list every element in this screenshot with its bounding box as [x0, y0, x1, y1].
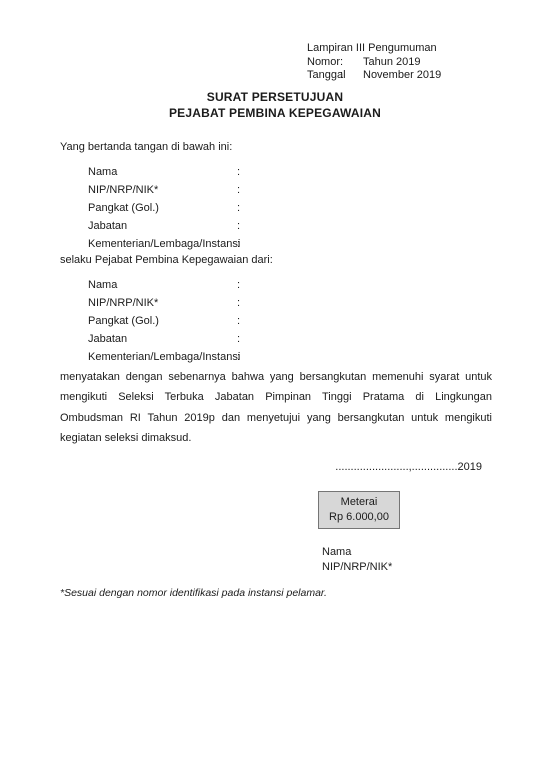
- form-field-colon: :: [237, 276, 240, 294]
- form-field-colon: :: [237, 348, 240, 366]
- document-title: SURAT PERSETUJUAN PEJABAT PEMBINA KEPEGA…: [0, 89, 550, 121]
- form-field-row: Jabatan :: [88, 217, 240, 235]
- date-line: ........................,...............…: [60, 461, 492, 473]
- tanggal-label: Tanggal: [307, 69, 340, 83]
- form-field-label: Kementerian/Lembaga/Instansi: [88, 348, 237, 366]
- form-field-row: Jabatan :: [88, 330, 240, 348]
- selaku-line: selaku Pejabat Pembina Kepegawaian dari:: [60, 254, 273, 266]
- form-field-colon: :: [237, 181, 240, 199]
- form-field-row: NIP/NRP/NIK* :: [88, 181, 240, 199]
- tanggal-value: November 2019: [363, 69, 441, 83]
- signature-nip-line: NIP/NRP/NIK*: [322, 560, 392, 575]
- identity-form-1: Nama : NIP/NRP/NIK* : Pangkat (Gol.) : J…: [88, 163, 240, 253]
- footnote: *Sesuai dengan nomor identifikasi pada i…: [60, 587, 327, 599]
- form-field-label: Jabatan: [88, 330, 237, 348]
- form-field-label: NIP/NRP/NIK*: [88, 294, 237, 312]
- title-line-2: PEJABAT PEMBINA KEPEGAWAIAN: [0, 105, 550, 121]
- form-field-row: Kementerian/Lembaga/Instansi :: [88, 235, 240, 253]
- lampiran-header-block: Lampiran III Pengumuman Nomor : Tahun 20…: [307, 42, 441, 83]
- form-field-label: Nama: [88, 163, 237, 181]
- form-field-colon: :: [237, 217, 240, 235]
- lampiran-line: Lampiran III Pengumuman: [307, 42, 441, 56]
- form-field-label: Kementerian/Lembaga/Instansi: [88, 235, 237, 253]
- form-field-row: NIP/NRP/NIK* :: [88, 294, 240, 312]
- form-field-colon: :: [237, 330, 240, 348]
- signature-block: Nama NIP/NRP/NIK*: [322, 545, 392, 575]
- form-field-label: NIP/NRP/NIK*: [88, 181, 237, 199]
- form-field-row: Kementerian/Lembaga/Instansi :: [88, 348, 240, 366]
- nomor-label: Nomor: [307, 56, 340, 70]
- form-field-label: Nama: [88, 276, 237, 294]
- form-field-label: Pangkat (Gol.): [88, 312, 237, 330]
- form-field-row: Pangkat (Gol.) :: [88, 199, 240, 217]
- form-field-colon: :: [237, 294, 240, 312]
- nomor-value: Tahun 2019: [363, 56, 421, 70]
- tanggal-row: Tanggal : November 2019: [307, 69, 441, 83]
- form-field-colon: :: [237, 199, 240, 217]
- meterai-amount: Rp 6.000,00: [319, 510, 399, 525]
- form-field-colon: :: [237, 312, 240, 330]
- intro-line: Yang bertanda tangan di bawah ini:: [60, 141, 232, 153]
- form-field-label: Jabatan: [88, 217, 237, 235]
- signature-name-line: Nama: [322, 545, 392, 560]
- form-field-row: Nama :: [88, 276, 240, 294]
- meterai-label: Meterai: [319, 495, 399, 510]
- statement-paragraph: menyatakan dengan sebenarnya bahwa yang …: [60, 367, 492, 448]
- form-field-row: Nama :: [88, 163, 240, 181]
- tanggal-colon: :: [340, 69, 363, 83]
- title-line-1: SURAT PERSETUJUAN: [0, 89, 550, 105]
- nomor-row: Nomor : Tahun 2019: [307, 56, 441, 70]
- form-field-colon: :: [237, 235, 240, 253]
- document-page: Lampiran III Pengumuman Nomor : Tahun 20…: [0, 0, 550, 777]
- form-field-label: Pangkat (Gol.): [88, 199, 237, 217]
- form-field-colon: :: [237, 163, 240, 181]
- nomor-colon: :: [340, 56, 363, 70]
- form-field-row: Pangkat (Gol.) :: [88, 312, 240, 330]
- identity-form-2: Nama : NIP/NRP/NIK* : Pangkat (Gol.) : J…: [88, 276, 240, 366]
- meterai-stamp-box: Meterai Rp 6.000,00: [318, 491, 400, 529]
